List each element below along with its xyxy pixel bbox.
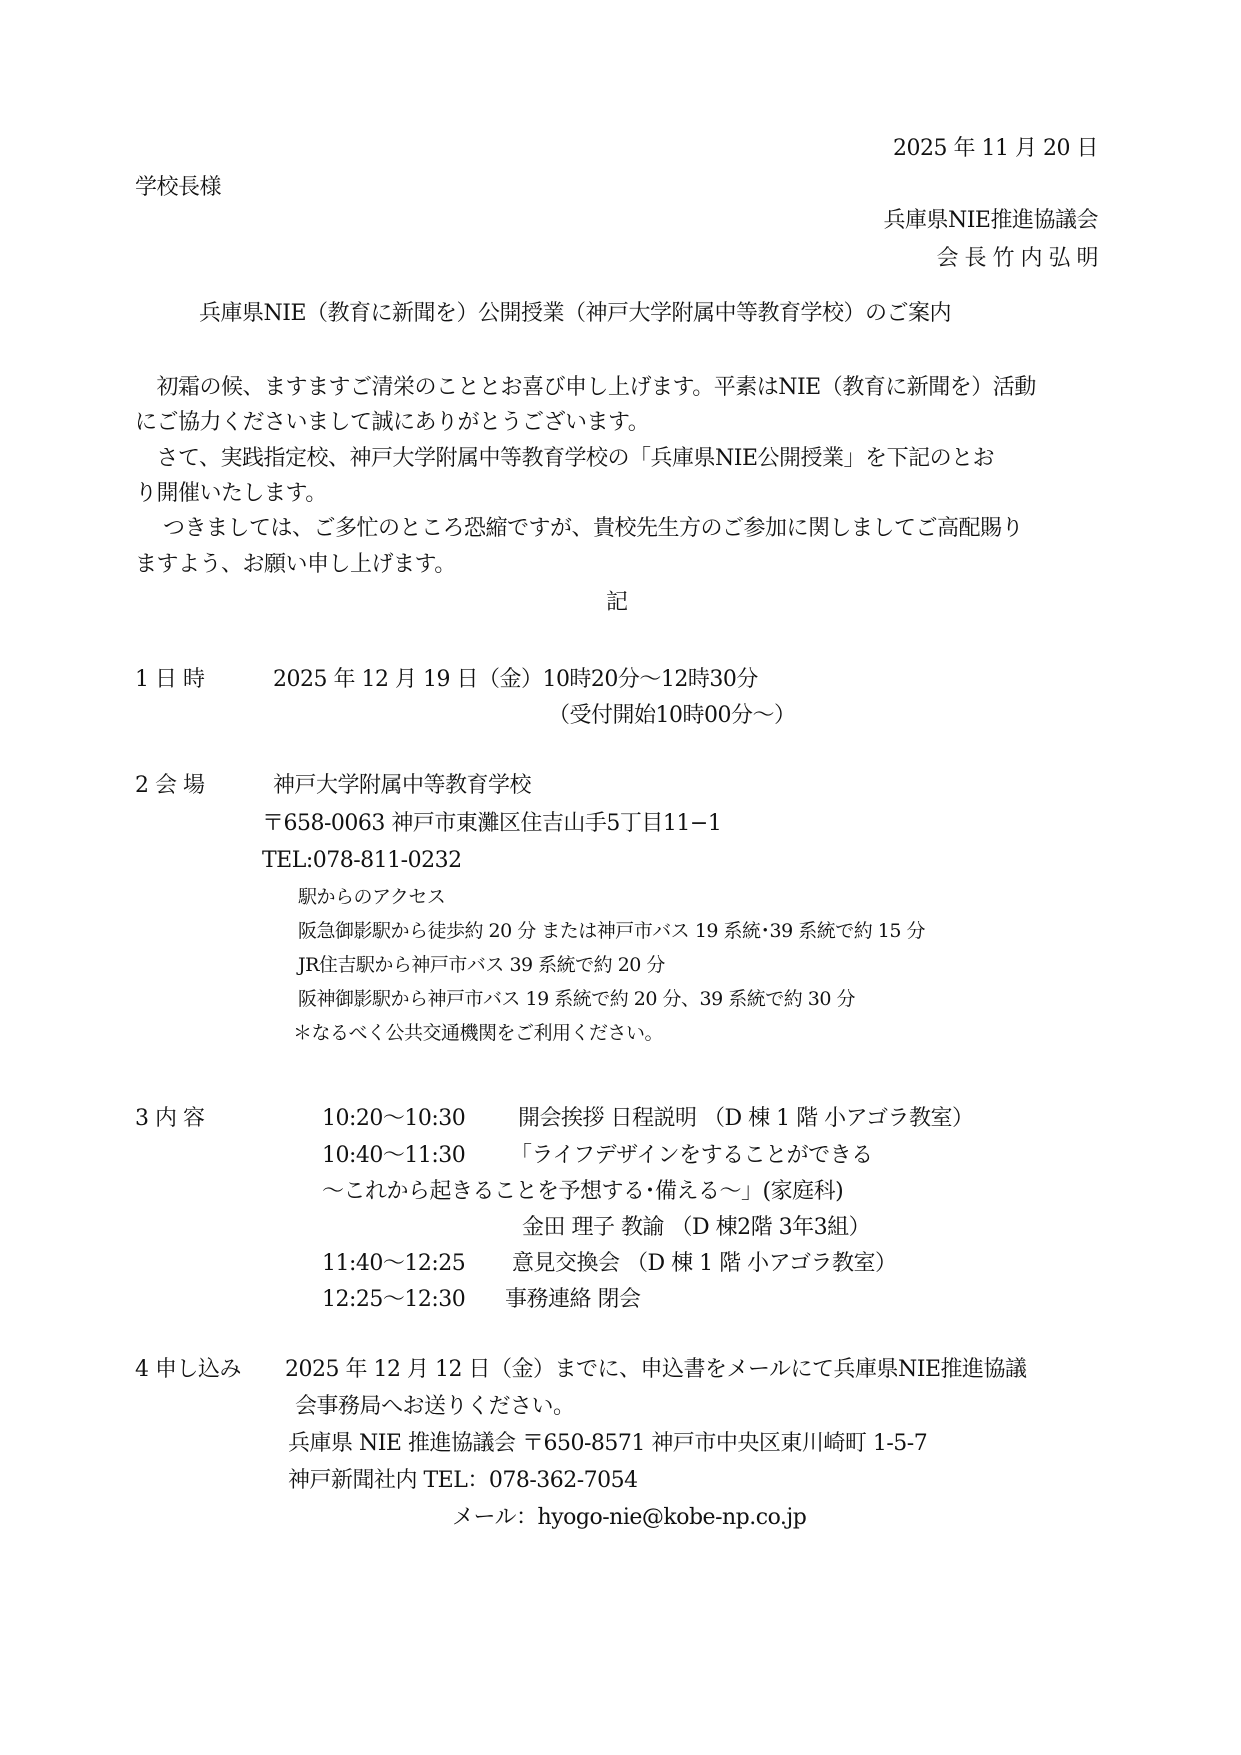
organizer-tel: 神戸新聞社内 TEL：078-362-7054 [288,1465,638,1497]
application-deadline: 2025 年 12 月 12 日（金）までに、申込書をメールにて兵庫県NIE推進… [285,1354,1027,1386]
document-title: 兵庫県NIE（教育に新聞を）公開授業（神戸大学附属中等教育学校）のご案内 [199,298,951,330]
access-line: 阪急御影駅から徒歩約 20 分 または神戸市バス 19 系統･39 系統で約 1… [298,916,925,946]
sender-organization: 兵庫県NIE推進協議会 [883,205,1098,237]
body-line: にご協力くださいまして誠にありがとうございます。 [135,407,649,439]
letter-date: 2025 年 11 月 20 日 [893,133,1098,165]
addressee: 学校長様 [135,172,221,204]
schedule-time: 10:40～11:30 [322,1140,465,1172]
schedule-desc: ～これから起きることを予想する･備える～」(家庭科) [322,1176,843,1208]
access-title: 駅からのアクセス [298,882,445,912]
organizer-address: 兵庫県 NIE 推進協議会 〒650-8571 神戸市中央区東川崎町 1-5-7 [288,1428,927,1460]
application-instruction: 会事務局へお送りください。 [295,1391,575,1423]
section-label: 4 申し込み [135,1354,241,1386]
access-note: ＊なるべく公共交通機関をご利用ください。 [293,1018,663,1048]
body-line: ますよう、お願い申し上げます。 [135,549,456,581]
sender-name: 会 長 竹 内 弘 明 [937,243,1098,275]
schedule-desc: 金田 理子 教諭 （D 棟2階 3年3組） [522,1212,870,1244]
section-label: 1 日 時 [135,664,204,696]
access-line: 阪神御影駅から神戸市バス 19 系統で約 20 分、39 系統で約 30 分 [298,984,855,1014]
reception-time: （受付開始10時00分～） [548,700,796,732]
datetime-value: 2025 年 12 月 19 日（金）10時20分～12時30分 [273,664,758,696]
section-label: 2 会 場 [135,770,204,802]
venue-tel: TEL:078-811-0232 [262,845,462,877]
section-label: 3 内 容 [135,1103,204,1135]
schedule-time: 11:40～12:25 [322,1248,465,1280]
body-line: つきましては、ご多忙のところ恐縮ですが、貴校先生方のご参加に関しましてご高配賜り [135,513,1023,545]
access-line: JR住吉駅から神戸市バス 39 系統で約 20 分 [298,950,665,980]
schedule-desc: 開会挨拶 日程説明 （D 棟 1 階 小アゴラ教室） [518,1103,974,1135]
venue-address: 〒658-0063 神戸市東灘区住吉山手5丁目11−1 [262,808,721,840]
schedule-desc: 意見交換会 （D 棟 1 階 小アゴラ教室） [512,1248,897,1280]
venue-name: 神戸大学附属中等教育学校 [273,770,531,802]
ki-heading: 記 [606,587,628,619]
schedule-time: 12:25～12:30 [322,1284,465,1316]
schedule-desc: 「ライフデザインをすることができる [510,1140,873,1172]
body-line: 初霜の候、ますますご清栄のこととお喜び申し上げます。平素はNIE（教育に新聞を）… [135,372,1036,404]
schedule-time: 10:20～10:30 [322,1103,465,1135]
contact-email-link[interactable]: メール：hyogo-nie@kobe-np.co.jp [452,1502,806,1534]
body-line: さて、実践指定校、神戸大学附属中等教育学校の「兵庫県NIE公開授業」を下記のとお [135,443,994,475]
body-line: り開催いたします。 [135,478,327,510]
schedule-desc: 事務連絡 閉会 [505,1284,641,1316]
